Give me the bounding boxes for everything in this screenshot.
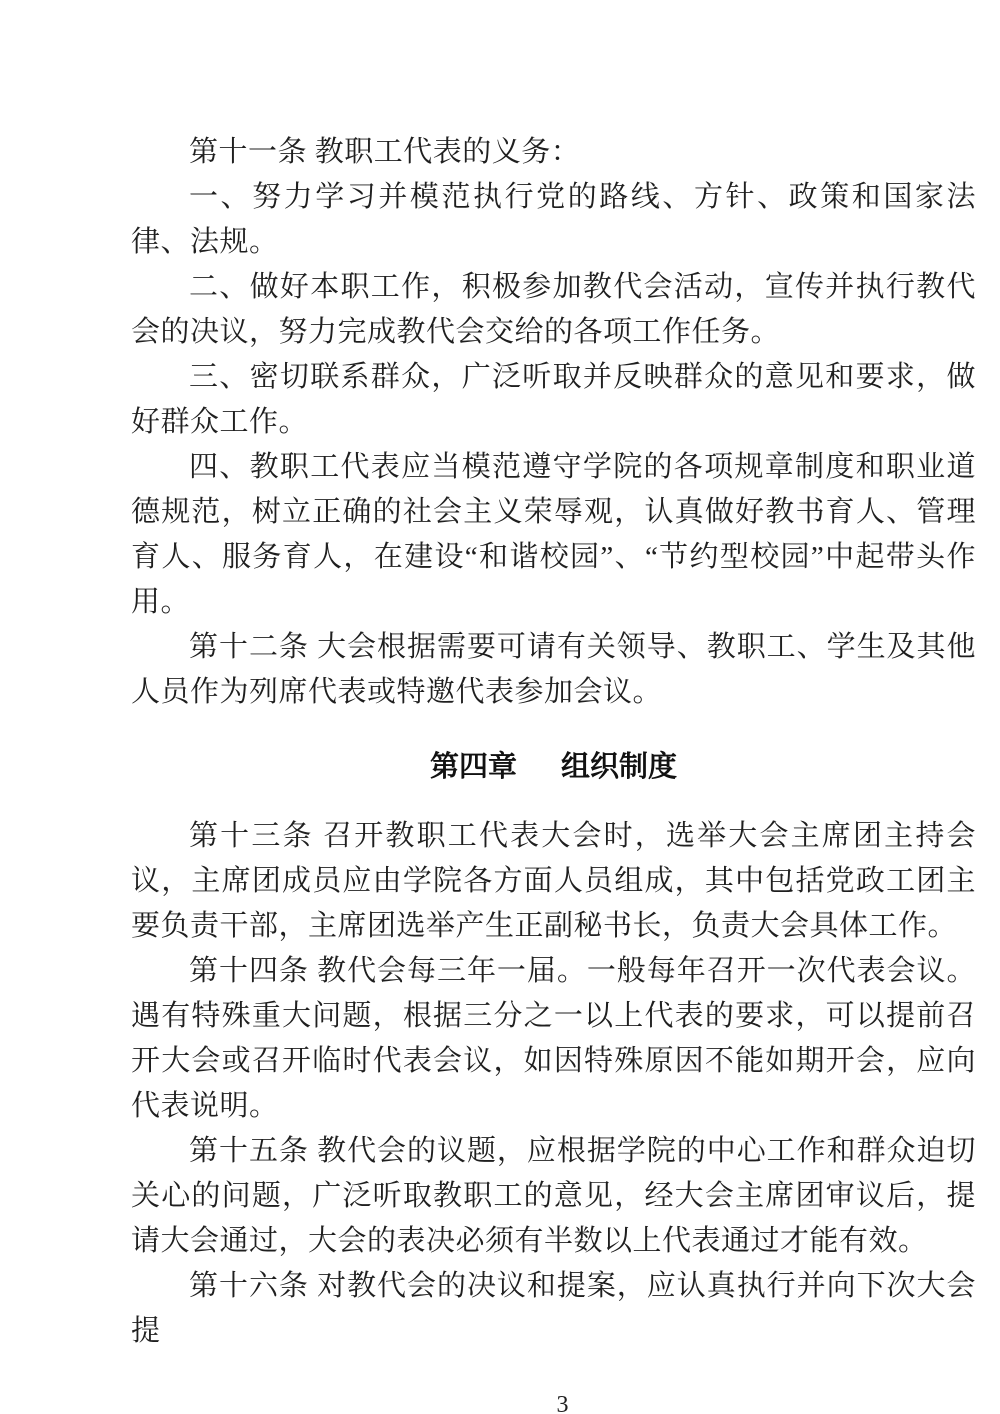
chapter-heading: 第四章 组织制度 [131, 745, 976, 790]
document-page: 第十一条 教职工代表的义务： 一、努力学习并模范执行党的路线、方针、政策和国家法… [0, 0, 1000, 1414]
paragraph-article-11-item-1: 一、努力学习并模范执行党的路线、方针、政策和国家法律、法规。 [131, 175, 976, 265]
document-body: 第十一条 教职工代表的义务： 一、努力学习并模范执行党的路线、方针、政策和国家法… [131, 130, 976, 1354]
paragraph-article-14: 第十四条 教代会每三年一届。一般每年召开一次代表会议。遇有特殊重大问题，根据三分… [131, 949, 976, 1129]
paragraph-article-11: 第十一条 教职工代表的义务： [131, 130, 976, 175]
paragraph-article-15: 第十五条 教代会的议题，应根据学院的中心工作和群众迫切关心的问题，广泛听取教职工… [131, 1129, 976, 1264]
paragraph-article-11-item-2: 二、做好本职工作，积极参加教代会活动，宣传并执行教代会的决议，努力完成教代会交给… [131, 265, 976, 355]
chapter-number: 第四章 [430, 745, 517, 790]
paragraph-article-16: 第十六条 对教代会的决议和提案，应认真执行并向下次大会提 [131, 1264, 976, 1354]
paragraph-article-11-item-3: 三、密切联系群众，广泛听取并反映群众的意见和要求，做好群众工作。 [131, 355, 976, 445]
chapter-title: 组织制度 [561, 745, 677, 790]
paragraph-article-12: 第十二条 大会根据需要可请有关领导、教职工、学生及其他人员作为列席代表或特邀代表… [131, 625, 976, 715]
paragraph-article-11-item-4: 四、教职工代表应当模范遵守学院的各项规章制度和职业道德规范，树立正确的社会主义荣… [131, 445, 976, 625]
page-number: 3 [131, 1390, 976, 1414]
paragraph-article-13: 第十三条 召开教职工代表大会时，选举大会主席团主持会议，主席团成员应由学院各方面… [131, 814, 976, 949]
